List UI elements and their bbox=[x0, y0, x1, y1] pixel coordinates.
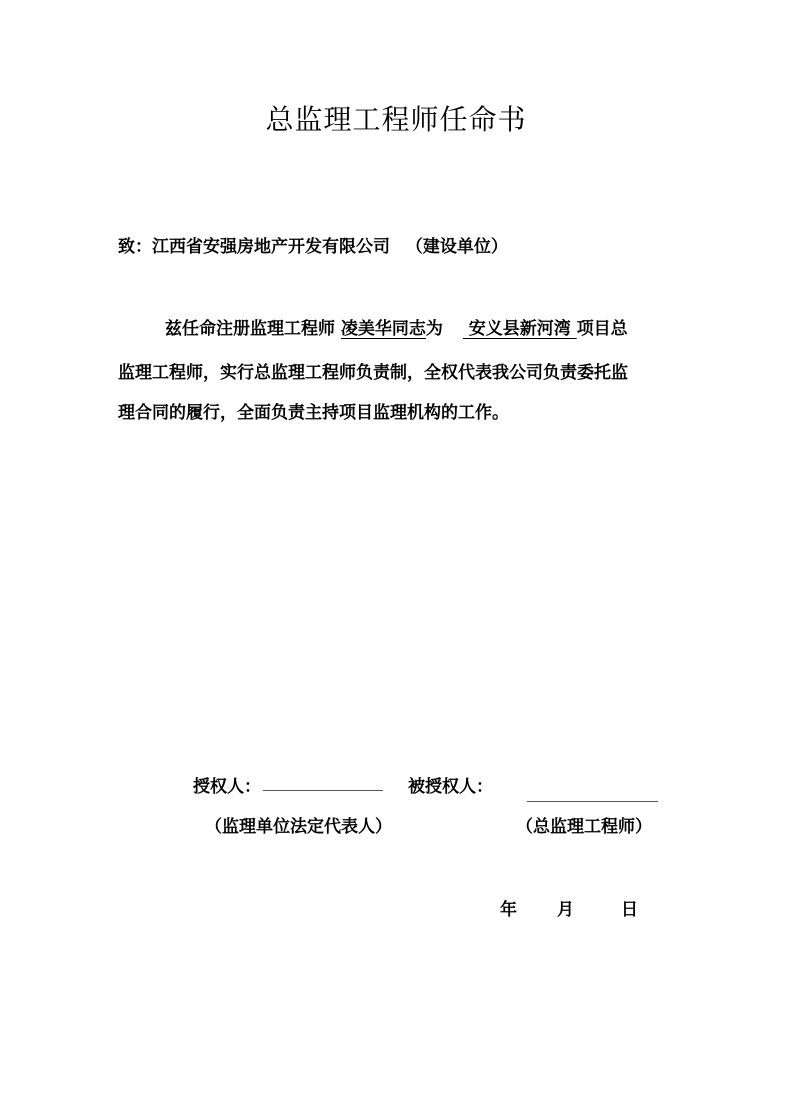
date-month: 月 bbox=[557, 895, 574, 920]
recipient-role: （建设单位） bbox=[406, 237, 508, 257]
authorized-label: 被授权人： bbox=[408, 772, 493, 797]
authorizer-label: 授权人： bbox=[193, 772, 261, 797]
body-text-1b: 为 bbox=[426, 319, 443, 339]
recipient-prefix: 致： bbox=[118, 237, 152, 257]
authorizer-note: （监理单位法定代表人） bbox=[205, 812, 392, 837]
date-day: 日 bbox=[621, 895, 638, 920]
authorizer-signature-line bbox=[263, 790, 383, 791]
body-line-2: 监理工程师，实行总监理工程师负责制，全权代表我公司负责委托监 bbox=[118, 358, 628, 383]
body-text-1a: 兹任命注册监理工程师 bbox=[165, 319, 335, 339]
recipient-line: 致：江西省安强房地产开发有限公司 （建设单位） bbox=[118, 232, 508, 257]
engineer-name: 凌美华同志 bbox=[341, 319, 426, 339]
body-line-1: 兹任命注册监理工程师 凌美华同志为 安义县新河湾 项目总 bbox=[165, 314, 628, 339]
date-year: 年 bbox=[500, 895, 517, 920]
recipient-name: 江西省安强房地产开发有限公司 bbox=[152, 237, 390, 257]
body-line-3: 理合同的履行，全面负责主持项目监理机构的工作。 bbox=[118, 398, 509, 423]
project-name: 安义县新河湾 bbox=[469, 319, 571, 339]
authorized-signature-line bbox=[527, 801, 658, 802]
authorized-note: （总监理工程师） bbox=[516, 812, 652, 837]
body-text-1c: 项目总 bbox=[577, 319, 628, 339]
document-title: 总监理工程师任命书 bbox=[0, 98, 792, 138]
